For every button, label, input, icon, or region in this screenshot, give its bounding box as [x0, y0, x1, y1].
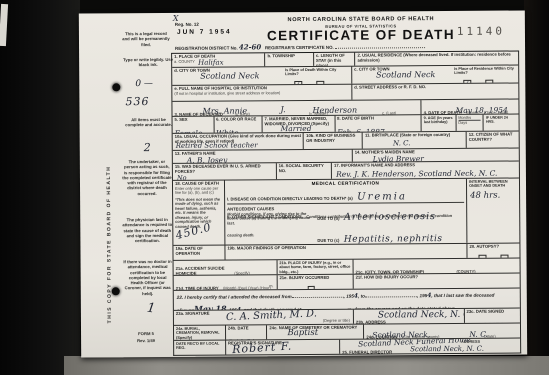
field-date-signed: 23c. DATE SIGNED May 24 '54: [465, 308, 520, 322]
residence-city-value: Scotland Neck: [376, 70, 435, 79]
field-injury-occurred: 21e. INJURY OCCURRED WHILE AT WORK NOT W…: [277, 275, 353, 290]
margin-note-physician: The physician last in attendance is requ…: [122, 217, 172, 244]
field-funeral-director: 25. FUNERAL DIRECTOR ADDRESS Scotland Ne…: [340, 338, 520, 353]
burial-date-value: 5-19-54: [228, 338, 255, 339]
stamp-registration-number: Reg. No. 12: [175, 22, 199, 27]
field-place-of-injury: 21b. PLACE OF INJURY (e.g., in or about …: [277, 260, 353, 275]
scanner-background-left: [0, 0, 80, 375]
certify-alive-date: May 18: [194, 304, 227, 310]
field-age-months-days: Months Days: [456, 115, 484, 131]
address-value: Scotland Neck, N. C.: [378, 310, 465, 321]
burial-date-label: 24b. DATE: [228, 326, 265, 331]
margin-handwriting-536: 536: [125, 95, 149, 108]
registrar-signature-value: Robert F.: [232, 340, 293, 355]
certify-text-6: alive on: [177, 308, 194, 310]
field-registrar-signature: REGISTRAR'S SIGNATURE Robert F.: [226, 340, 340, 355]
city-of-death-value: Scotland Neck: [200, 71, 259, 80]
field-date-of-death: 4. DATE OF DEATH (Month) (Day) (Year) Ma…: [422, 99, 519, 114]
operation-findings-label: 19b. MAJOR FINDINGS OF OPERATION: [227, 245, 464, 251]
stamp-received-date: JUN 7 1954: [177, 28, 232, 35]
date-of-death-value: May 18, 1954: [456, 106, 508, 115]
margin-note-complete: All items must be complete and accurate.: [124, 117, 174, 128]
birthplace-label: 11. BIRTHPLACE (State or foreign country…: [365, 133, 464, 139]
field-usual-residence: 2. USUAL RESIDENCE (Where deceased lived…: [355, 51, 518, 65]
length-of-stay-label: c. LENGTH OF STAY (in this place): [316, 54, 353, 66]
field-name-of-deceased: 3. NAME OF DECEASED a. (First) b. (Middl…: [172, 100, 421, 116]
burial-type-label: 24a. BURIAL, CREMATION, REMOVAL (Specify…: [176, 327, 223, 340]
field-occupation: 10a. USUAL OCCUPATION (Give kind of work…: [173, 133, 305, 150]
date-of-birth-value: Feb. 6, 1887: [337, 127, 384, 132]
field-cemetery-name: 24c. NAME OF CEMETERY OR CREMATORY Bapti…: [267, 325, 364, 340]
operation-date-label: 19a. DATE OF OPERATION: [175, 247, 222, 257]
certify-text-2: , 195: [344, 294, 354, 299]
field-informant: 17. INFORMANT'S NAME AND ADDRESS Rev. J.…: [332, 161, 519, 178]
accident-label: 21a. ACCIDENT SUICIDE HOMICIDE: [176, 267, 230, 275]
field-street-address: d. STREET ADDRESS or R. F. D. NO.: [352, 83, 518, 99]
disease-leading-to-death-value: Uremia: [357, 191, 407, 202]
field-burial-date: 24b. DATE 5-19-54: [226, 325, 268, 339]
time-of-injury-label: 21d. TIME OF INJURY: [176, 286, 219, 290]
field-race: 6. COLOR OR RACE White: [214, 116, 263, 132]
margin-handwriting-zero: 0 —: [135, 79, 153, 89]
row-attending-certification: 22. I hereby certify that I attended the…: [174, 288, 520, 310]
field-armed-forces: 15. WAS DECEASED EVER IN U. S. ARMED FOR…: [173, 163, 277, 180]
location-value: Scotland Neck,: [372, 330, 430, 338]
field-sex: 5. SEX Female: [173, 117, 215, 133]
hole-punch: [112, 83, 120, 91]
field-age: 9. AGE (In years last birthday) 67: [422, 115, 457, 131]
field-birthplace: 11. BIRTHPLACE (State or foreign country…: [363, 132, 467, 149]
registrar-certificate-blank: [335, 42, 425, 49]
interval-label: INTERVAL BETWEEN ONSET AND DEATH: [469, 180, 517, 189]
occupation-value: Retired School teacher: [176, 141, 258, 150]
scanned-death-certificate: THIS COPY FOR STATE BOARD OF HEALTH This…: [0, 0, 549, 375]
funeral-director-address-value: Scotland Neck, N. C.: [410, 345, 484, 354]
age-label: 9. AGE (In years last birthday): [424, 116, 454, 125]
field-city-of-death: d. CITY OR TOWN Scotland Neck Is Place o…: [172, 67, 352, 85]
registrar-certificate-label: REGISTRAR'S CERTIFICATE NO.: [265, 45, 334, 50]
ssn-label: 16. SOCIAL SECURITY NO.: [279, 164, 329, 174]
row-registrar-funeral-director: DATE REC'D BY LOCAL REG. 5-31-54 REGISTR…: [174, 338, 520, 354]
field-cause-of-death-notes: 18. CAUSE OF DEATH Enter only one cause …: [173, 181, 225, 245]
signature-value: C. A. Smith, M. D.: [226, 310, 317, 323]
residence-city-limits-label: Is Place of Residence Within City Limits…: [454, 67, 516, 76]
race-value: White: [216, 128, 238, 132]
margin-vertical-text: THIS COPY FOR STATE BOARD OF HEALTH: [105, 83, 113, 323]
certificate-paper: THIS COPY FOR STATE BOARD OF HEALTH This…: [79, 10, 527, 357]
place-of-injury-label: 21b. PLACE OF INJURY (e.g., in or about …: [279, 261, 350, 275]
last-name-value: Henderson: [312, 106, 357, 115]
field-date-of-birth: 8. DATE OF BIRTH Feb. 6, 1887: [335, 115, 422, 132]
certificate-number: 11140: [457, 25, 505, 38]
field-operation-date: 19a. DATE OF OPERATION: [173, 246, 225, 260]
informant-value: Rev. J. K. Henderson, Scotland Neck, N. …: [336, 169, 497, 179]
death-city-limits-label: Is Place of Death Within City Limits?: [285, 68, 349, 77]
scanner-background-right: [524, 0, 549, 356]
autopsy-yes-checkbox: [478, 254, 486, 258]
while-at-work-checkbox: [308, 286, 315, 289]
date-signed-label: 23c. DATE SIGNED: [467, 310, 518, 315]
sex-value: Female: [175, 129, 203, 133]
time-of-injury-units: (Month) (Day) (Year) (Hour): [223, 285, 271, 290]
row-medical-certification: 18. CAUSE OF DEATH Enter only one cause …: [173, 178, 519, 245]
margin-form-number: FORM 5: [129, 331, 163, 336]
certify-text-5: , that I last saw the deceased: [431, 293, 494, 298]
location-state-value: N. C.: [469, 330, 488, 339]
field-mother-name: 14. MOTHER'S MAIDEN NAME Lydia Brewer: [353, 148, 519, 161]
field-accident-suicide-homicide: 21a. ACCIDENT SUICIDE HOMICIDE (Specify): [174, 260, 278, 275]
margin-handwriting-1: 1: [146, 301, 156, 317]
field-physician-address: 23b. ADDRESS Scotland Neck, N. C.: [354, 309, 465, 324]
marital-status-value: Married: [281, 124, 312, 132]
township-label: b. TOWNSHIP: [267, 54, 310, 59]
middle-name-value: J.: [280, 105, 285, 114]
certify-text-3: , to: [358, 294, 365, 299]
field-citizenship: 12. CITIZEN OF WHAT COUNTRY? U. S. A.: [467, 131, 519, 147]
date-of-birth-label: 8. DATE OF BIRTH: [337, 116, 419, 121]
county-value: Halifax: [198, 59, 224, 67]
citizenship-label: 12. CITIZEN OF WHAT COUNTRY?: [469, 133, 517, 143]
field-burial-location: 24d. LOCATION (City, town, or county) (S…: [364, 323, 520, 338]
margin-note-undertaker: The undertaker, or person acting as such…: [122, 159, 172, 196]
row-city-town: d. CITY OR TOWN Scotland Neck Is Place o…: [172, 65, 518, 85]
field-under-24-hours: IF UNDER 24 HRS. Hours Min.: [484, 114, 519, 130]
certify-text-4: , 195: [417, 293, 427, 298]
degree-label: (Degree or title): [323, 318, 350, 323]
under-24-hrs-label: IF UNDER 24 HRS.: [486, 116, 517, 124]
usual-residence-label: 2. USUAL RESIDENCE (Where deceased lived…: [357, 53, 516, 64]
field-how-injury-occurred: 21f. HOW DID INJURY OCCUR?: [354, 273, 520, 288]
field-length-of-stay: c. LENGTH OF STAY (in this place): [314, 53, 356, 66]
armed-forces-value: No: [177, 174, 187, 180]
funeral-director-label: 25. FUNERAL DIRECTOR: [342, 349, 392, 353]
other-conditions-label: II. OTHER SIGNIFICANT CONDITIONS: [227, 214, 302, 220]
disease-leading-to-death-label: I. DISEASE OR CONDITION DIRECTLY LEADING…: [227, 196, 353, 202]
how-injury-occurred-label: 21f. HOW DID INJURY OCCUR?: [356, 275, 518, 281]
armed-forces-label: 15. WAS DECEASED EVER IN U. S. ARMED FOR…: [175, 164, 274, 174]
hospital-note: (If not in hospital or institution, give…: [174, 91, 349, 97]
hole-punch: [112, 287, 120, 295]
race-label: 6. COLOR OR RACE: [216, 117, 259, 122]
date-received-label: DATE REC'D BY LOCAL REG.: [176, 342, 223, 351]
injury-city-label: 21c. (CITY, TOWN, OR TOWNSHIP): [356, 269, 425, 273]
informant-label: 17. INFORMANT'S NAME AND ADDRESS: [334, 163, 517, 169]
field-date-received: DATE REC'D BY LOCAL REG. 5-31-54: [174, 341, 226, 355]
registration-district-label: REGISTRATION DISTRICT No.: [175, 45, 238, 50]
field-city-of-residence: c. CITY OR TOWN Scotland Neck Is Place o…: [352, 65, 518, 83]
autopsy-no-checkbox: [501, 254, 509, 258]
field-autopsy: 20. AUTOPSY? YES NO: [467, 243, 519, 257]
field-certification-statement: 22. I hereby certify that I attended the…: [174, 288, 520, 309]
cemetery-value: Baptist: [287, 328, 318, 338]
field-social-security: 16. SOCIAL SECURITY NO. —: [277, 163, 332, 179]
margin-handwriting-2: 2: [144, 141, 151, 154]
street-address-label: d. STREET ADDRESS or R. F. D. NO.: [354, 85, 516, 91]
field-injury-city-county-state: 21c. (CITY, TOWN, OR TOWNSHIP) (COUNTY) …: [353, 258, 519, 273]
field-father-name: 13. FATHER'S NAME A. B. Josey: [173, 150, 353, 163]
autopsy-label: 20. AUTOPSY?: [470, 245, 518, 250]
field-hospital-name: e. FULL NAME OF HOSPITAL OR INSTITUTION …: [172, 85, 352, 101]
sex-label: 5. SEX: [175, 118, 212, 123]
margin-note-legal: This is a legal record and will be perma…: [121, 31, 171, 47]
first-name-value: Mrs. Annie: [202, 106, 247, 115]
field-township: b. TOWNSHIP: [265, 53, 314, 66]
field-county-of-death: 1. PLACE OF DEATH a. COUNTY Halifax: [172, 53, 265, 67]
margin-form-revision: Rev. 1/49: [129, 338, 163, 343]
certify-blank-1: [292, 292, 344, 298]
accident-specify-label: (Specify): [234, 270, 249, 275]
father-name-value: A. B. Josey: [187, 156, 228, 163]
margin-note-no-doctor: If there was no doctor in attendance, me…: [123, 259, 173, 296]
days-label: Days: [458, 120, 481, 126]
certificate-form: X Reg. No. 12 JUN 7 1954 NORTH CAROLINA …: [171, 10, 521, 354]
field-operation-findings: 19b. MAJOR FINDINGS OF OPERATION: [225, 244, 467, 260]
medical-certification-area: MEDICAL CERTIFICATION I. DISEASE OR COND…: [225, 178, 520, 244]
injury-occurred-label: 21e. INJURY OCCURRED: [279, 276, 350, 281]
form-table: 1. PLACE OF DEATH a. COUNTY Halifax b. T…: [171, 50, 521, 355]
registration-district-value: 42-60: [239, 42, 261, 51]
birthplace-value: N. C.: [393, 139, 411, 147]
industry-label: 10b. KIND OF BUSINESS OR INDUSTRY: [306, 134, 360, 144]
margin-note-type: Type or write legibly. Use black ink.: [123, 57, 173, 68]
field-burial-type: 24a. BURIAL, CREMATION, REMOVAL (Specify…: [174, 326, 226, 340]
certify-blank-2: [365, 291, 417, 297]
certify-text-1: 22. I hereby certify that I attended the…: [177, 294, 292, 300]
time-m-label: m.: [269, 284, 273, 289]
interval-value: 48 hrs.: [470, 191, 500, 201]
field-industry: 10b. KIND OF BUSINESS OR INDUSTRY —: [304, 133, 363, 149]
field-physician-signature: 23a. SIGNATURE C. A. Smith, M. D. (Degre…: [174, 310, 354, 325]
field-time-of-injury: 21d. TIME OF INJURY (Month) (Day) (Year)…: [174, 275, 278, 290]
field-marital-status: 7. MARRIED, NEVER MARRIED, WIDOWED, DIVO…: [262, 116, 335, 133]
mother-name-value: Lydia Brewer: [373, 154, 424, 161]
cause-note-1: Enter only one cause per line for (a), (…: [175, 186, 222, 195]
scanner-edge-bottom: [64, 356, 549, 375]
